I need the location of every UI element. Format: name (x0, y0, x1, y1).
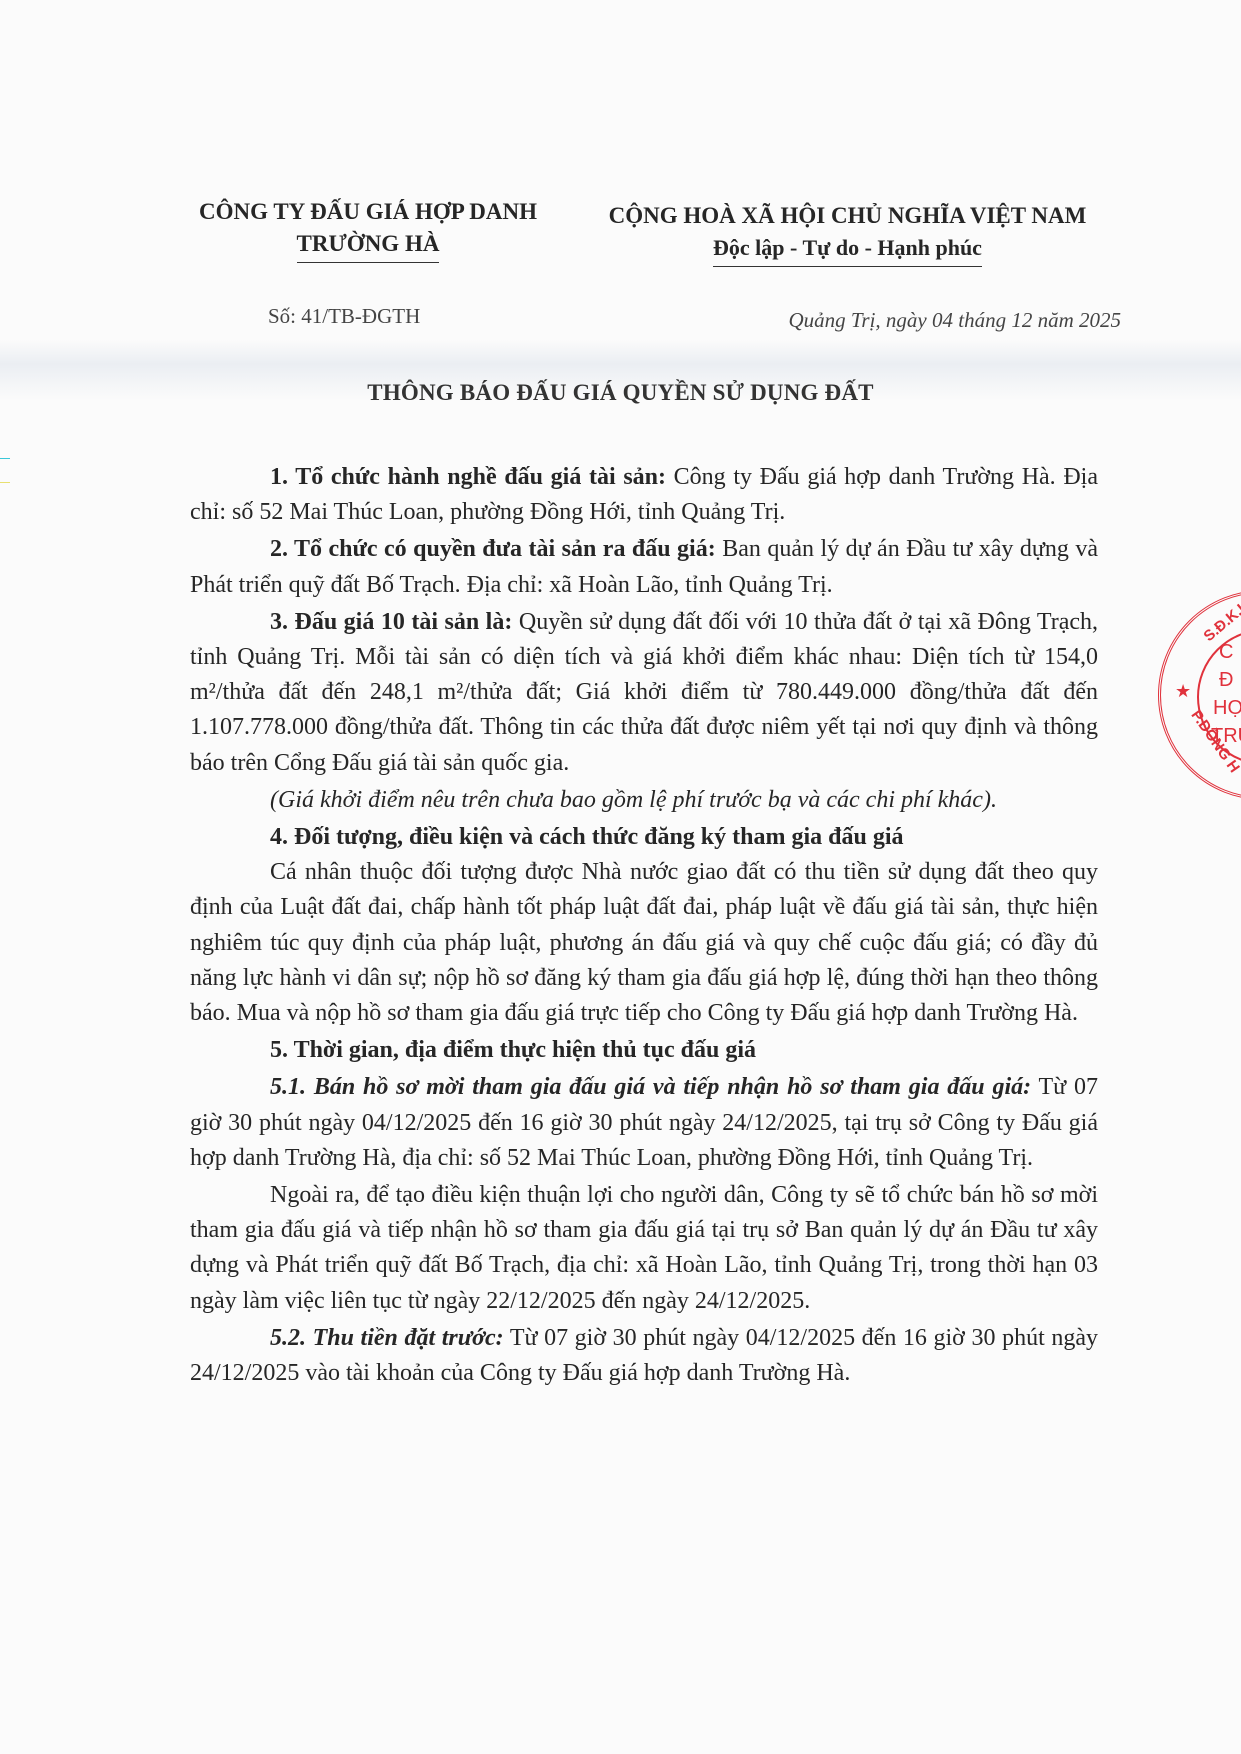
section-2: 2. Tổ chức có quyền đưa tài sản ra đấu g… (190, 532, 1098, 602)
section-1: 1. Tổ chức hành nghề đấu giá tài sản: Cô… (190, 460, 1098, 530)
national-title: CỘNG HOÀ XÃ HỘI CHỦ NGHĨA VIỆT NAM (570, 200, 1125, 232)
organization-header: CÔNG TY ĐẤU GIÁ HỢP DANH TRƯỜNG HÀ (168, 196, 568, 263)
org-name-line2: TRƯỜNG HÀ (297, 228, 440, 263)
section-5-heading: 5. Thời gian, địa điểm thực hiện thủ tục… (270, 1037, 756, 1063)
section-3-note: (Giá khởi điểm nêu trên chưa bao gồm lệ … (190, 783, 1098, 818)
document-page: CÔNG TY ĐẤU GIÁ HỢP DANH TRƯỜNG HÀ CỘNG … (0, 0, 1241, 1754)
section-3: 3. Đấu giá 10 tài sản là: Quyền sử dụng … (190, 605, 1098, 781)
scan-edge-mark (0, 458, 10, 459)
document-title: THÔNG BÁO ĐẤU GIÁ QUYỀN SỬ DỤNG ĐẤT (0, 380, 1241, 406)
section-1-heading: 1. Tổ chức hành nghề đấu giá tài sản: (270, 464, 666, 490)
national-motto: Độc lập - Tự do - Hạnh phúc (713, 232, 982, 267)
national-header: CỘNG HOÀ XÃ HỘI CHỦ NGHĨA VIỆT NAM Độc l… (570, 200, 1125, 267)
section-2-heading: 2. Tổ chức có quyền đưa tài sản ra đấu g… (270, 536, 716, 562)
section-5-2: 5.2. Thu tiền đặt trước: Từ 07 giờ 30 ph… (190, 1321, 1098, 1391)
section-5-1-extra: Ngoài ra, để tạo điều kiện thuận lợi cho… (190, 1178, 1098, 1319)
place-date: Quảng Trị, ngày 04 tháng 12 năm 2025 (788, 308, 1121, 333)
section-5-2-heading: 5.2. Thu tiền đặt trước: (270, 1325, 504, 1351)
scan-edge-mark (0, 482, 10, 483)
section-4-heading: 4. Đối tượng, điều kiện và cách thức đăn… (270, 824, 904, 850)
stamp-center-line: Đ (1219, 669, 1233, 692)
section-3-heading: 3. Đấu giá 10 tài sản là: (270, 609, 512, 635)
section-4-text: Cá nhân thuộc đối tượng được Nhà nước gi… (190, 855, 1098, 1031)
document-body: 1. Tổ chức hành nghề đấu giá tài sản: Cô… (190, 460, 1098, 1391)
document-number: Số: 41/TB-ĐGTH (268, 304, 420, 329)
red-seal-stamp: S.Đ.K.H. ★ C Đ HỢ TRƯ P.ĐỒNG H (1158, 590, 1241, 800)
section-5-1-heading: 5.1. Bán hồ sơ mời tham gia đấu giá và t… (270, 1074, 1031, 1100)
star-icon: ★ (1175, 681, 1191, 702)
org-name-line1: CÔNG TY ĐẤU GIÁ HỢP DANH (168, 196, 568, 228)
section-5-1: 5.1. Bán hồ sơ mời tham gia đấu giá và t… (190, 1070, 1098, 1176)
stamp-center-line: C (1219, 641, 1233, 664)
stamp-center-line: HỢ (1213, 697, 1241, 720)
